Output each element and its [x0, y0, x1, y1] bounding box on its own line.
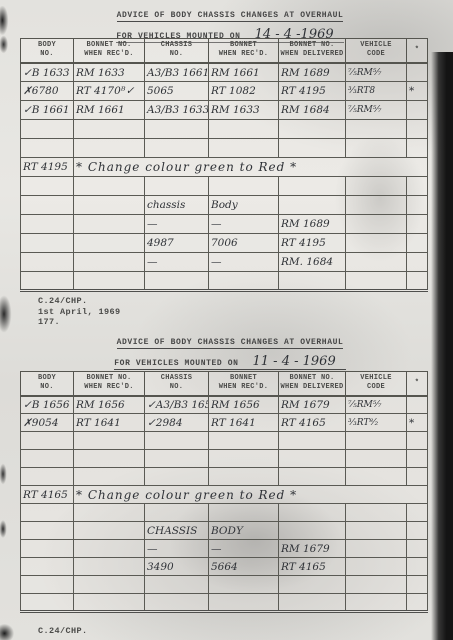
- table-cell: [21, 450, 74, 468]
- table-cell: chassis: [145, 196, 209, 215]
- column-header: BONNET WHEN REC'D.: [209, 372, 279, 396]
- column-header: BODY NO.: [21, 39, 74, 63]
- table-cell: 4987: [145, 234, 209, 253]
- table-row: [21, 432, 428, 450]
- table-row: [21, 504, 428, 522]
- table-cell: [21, 504, 74, 522]
- table-cell: Body: [209, 196, 279, 215]
- note-vehicle-cell: RT 4165: [21, 486, 74, 504]
- table-cell: —: [209, 540, 279, 558]
- table-cell: [346, 196, 407, 215]
- table-cell: [74, 450, 145, 468]
- column-header: CHASSIS NO.: [145, 39, 209, 63]
- table-cell: —: [209, 253, 279, 272]
- table-cell: [21, 234, 74, 253]
- table-row: ——RM 1689: [21, 215, 428, 234]
- table-cell: [145, 576, 209, 594]
- table-cell: [346, 576, 407, 594]
- table-cell: ³⁄₃RT8: [346, 82, 407, 101]
- table-cell: [407, 558, 428, 576]
- table-cell: [407, 396, 428, 414]
- table-cell: [21, 272, 74, 291]
- page-title: ADVICE OF BODY CHASSIS CHANGES AT OVERHA…: [117, 11, 344, 22]
- table-cell: [74, 594, 145, 612]
- column-header: BONNET NO. WHEN REC'D.: [74, 372, 145, 396]
- column-header: BONNET NO. WHEN DELIVERED: [279, 39, 346, 63]
- table-row: 34905664RT 4165: [21, 558, 428, 576]
- table-cell: [74, 558, 145, 576]
- table-cell: *: [407, 414, 428, 432]
- table-row: chassisBody: [21, 196, 428, 215]
- table-cell: ⁷⁄₅RM⁵⁄₇: [346, 396, 407, 414]
- table-cell: [407, 522, 428, 540]
- table-row: ✗9054RT 1641✓2984RT 1641RT 4165³⁄₃RT⁸⁄₂*: [21, 414, 428, 432]
- table-cell: 7006: [209, 234, 279, 253]
- table-cell: RT 1641: [74, 414, 145, 432]
- table-cell: [21, 253, 74, 272]
- table-cell: A3/B3 1633: [145, 101, 209, 120]
- footer-line: 177.: [38, 317, 121, 328]
- table-cell: RM 1689: [279, 215, 346, 234]
- table-cell: [209, 576, 279, 594]
- table-cell: RM 1679: [279, 396, 346, 414]
- table-cell: ✗6780: [21, 82, 74, 101]
- table-cell: [74, 522, 145, 540]
- table-cell: [407, 101, 428, 120]
- table-cell: [407, 540, 428, 558]
- table-row: ——RM. 1684: [21, 253, 428, 272]
- table-cell: [209, 450, 279, 468]
- table-cell: [279, 177, 346, 196]
- table-cell: [145, 177, 209, 196]
- table-row: RT 4195* Change colour green to Red *: [21, 158, 428, 177]
- document-1-footer: C.24/CHP. 1st April, 1969 177.: [38, 296, 121, 328]
- table-cell: [209, 594, 279, 612]
- table-cell: [346, 522, 407, 540]
- table-cell: RT 1641: [209, 414, 279, 432]
- table-cell: —: [209, 215, 279, 234]
- scan-smudge: [0, 618, 18, 640]
- table-cell: [346, 540, 407, 558]
- table-cell: [346, 432, 407, 450]
- scan-smudge: [0, 6, 12, 54]
- column-header: BODY NO.: [21, 372, 74, 396]
- table-row: [21, 272, 428, 291]
- table-row: ✓B 1656RM 1656✓A3/B3 1656RM 1656RM 1679⁷…: [21, 396, 428, 414]
- table-cell: 5664: [209, 558, 279, 576]
- table-row: [21, 468, 428, 486]
- table-cell: RM 1661: [74, 101, 145, 120]
- table-cell: A3/B3 1661: [145, 63, 209, 82]
- table-cell: [407, 468, 428, 486]
- table-cell: [21, 558, 74, 576]
- table-cell: RM 1656: [209, 396, 279, 414]
- table-row: [21, 594, 428, 612]
- table-row: [21, 177, 428, 196]
- table-cell: RT 4170ᴮ✓: [74, 82, 145, 101]
- table-row: CHASSISBODY: [21, 522, 428, 540]
- table-cell: [407, 450, 428, 468]
- table-cell: RM 1661: [209, 63, 279, 82]
- table-cell: [74, 120, 145, 139]
- table-cell: RT 4195: [279, 234, 346, 253]
- table-cell: ✗9054: [21, 414, 74, 432]
- column-header: *: [407, 39, 428, 63]
- table-cell: [407, 576, 428, 594]
- advice-table-1: BODY NO.BONNET NO. WHEN REC'D.CHASSIS NO…: [20, 38, 428, 292]
- table-cell: [145, 450, 209, 468]
- table-cell: [21, 196, 74, 215]
- column-header: BONNET NO. WHEN DELIVERED: [279, 372, 346, 396]
- table-cell: [21, 540, 74, 558]
- table-cell: *: [407, 82, 428, 101]
- table-cell: ✓2984: [145, 414, 209, 432]
- table-row: [21, 576, 428, 594]
- table-cell: [346, 504, 407, 522]
- table-cell: [21, 139, 74, 158]
- column-header: BONNET NO. WHEN REC'D.: [74, 39, 145, 63]
- table-cell: [21, 594, 74, 612]
- column-header: VEHICLE CODE: [346, 372, 407, 396]
- subtitle: FOR VEHICLES MOUNTED ON: [114, 359, 238, 370]
- table-cell: [407, 63, 428, 82]
- table-cell: CHASSIS: [145, 522, 209, 540]
- table-cell: [407, 120, 428, 139]
- table-cell: [346, 215, 407, 234]
- table-cell: [21, 468, 74, 486]
- table-cell: [74, 215, 145, 234]
- scanned-document-page: ADVICE OF BODY CHASSIS CHANGES AT OVERHA…: [0, 0, 453, 640]
- column-header: *: [407, 372, 428, 396]
- table-cell: RT 4165: [279, 414, 346, 432]
- column-header: VEHICLE CODE: [346, 39, 407, 63]
- table-cell: RM. 1684: [279, 253, 346, 272]
- table-cell: ✓B 1656: [21, 396, 74, 414]
- table-cell: [407, 432, 428, 450]
- table-cell: —: [145, 540, 209, 558]
- table-cell: [74, 432, 145, 450]
- table-cell: [346, 177, 407, 196]
- table-cell: [346, 253, 407, 272]
- table-cell: RM 1689: [279, 63, 346, 82]
- handwritten-date: 11 - 4 - 1969: [239, 354, 346, 370]
- table-cell: [74, 253, 145, 272]
- table-cell: 3490: [145, 558, 209, 576]
- table-cell: [209, 177, 279, 196]
- table-cell: [145, 504, 209, 522]
- footer-line: 1st April, 1969: [38, 307, 121, 318]
- table-cell: [209, 272, 279, 291]
- footer-line: C.24/CHP.: [38, 296, 121, 307]
- table-cell: [346, 468, 407, 486]
- table-cell: RT 1082: [209, 82, 279, 101]
- table-cell: [407, 504, 428, 522]
- table-cell: [407, 215, 428, 234]
- table-cell: [279, 432, 346, 450]
- colour-change-note: * Change colour green to Red *: [74, 486, 428, 504]
- table-cell: ⁷⁄₅RM⁵⁄₇: [346, 101, 407, 120]
- table-cell: [279, 576, 346, 594]
- table-cell: [346, 272, 407, 291]
- table-cell: [74, 177, 145, 196]
- advice-table-2: BODY NO.BONNET NO. WHEN REC'D.CHASSIS NO…: [20, 371, 428, 613]
- table-row: ✓B 1661RM 1661A3/B3 1633RM 1633RM 1684⁷⁄…: [21, 101, 428, 120]
- table-cell: ✓A3/B3 1656: [145, 396, 209, 414]
- table-cell: [21, 120, 74, 139]
- table-cell: RM 1633: [74, 63, 145, 82]
- table-cell: 5065: [145, 82, 209, 101]
- colour-change-note: * Change colour green to Red *: [74, 158, 428, 177]
- table-cell: [145, 468, 209, 486]
- table-cell: —: [145, 253, 209, 272]
- table-cell: [346, 558, 407, 576]
- table-row: [21, 450, 428, 468]
- table-cell: [279, 504, 346, 522]
- table-cell: [279, 139, 346, 158]
- table-cell: [74, 196, 145, 215]
- table-cell: [279, 468, 346, 486]
- document-2-footer: C.24/CHP.: [38, 626, 88, 637]
- table-cell: [74, 540, 145, 558]
- table-cell: [279, 120, 346, 139]
- table-cell: [279, 272, 346, 291]
- table-cell: [145, 120, 209, 139]
- scan-edge-shadow: [431, 52, 453, 640]
- table-cell: [346, 594, 407, 612]
- table-row: 49877006RT 4195: [21, 234, 428, 253]
- table-cell: RM 1656: [74, 396, 145, 414]
- table-cell: [407, 253, 428, 272]
- table-cell: BODY: [209, 522, 279, 540]
- table-cell: [74, 504, 145, 522]
- table-cell: [74, 576, 145, 594]
- column-header: BONNET WHEN REC'D.: [209, 39, 279, 63]
- table-cell: RT 4165: [279, 558, 346, 576]
- table-cell: [145, 432, 209, 450]
- table-cell: ✓B 1661: [21, 101, 74, 120]
- table-cell: [74, 272, 145, 291]
- table-cell: [21, 215, 74, 234]
- table-cell: [145, 272, 209, 291]
- column-header: CHASSIS NO.: [145, 372, 209, 396]
- table-cell: [407, 594, 428, 612]
- table-cell: [209, 432, 279, 450]
- table-cell: [407, 177, 428, 196]
- table-cell: [209, 139, 279, 158]
- table-cell: RT 4195: [279, 82, 346, 101]
- table-row: [21, 120, 428, 139]
- table-cell: [209, 120, 279, 139]
- table-cell: [346, 139, 407, 158]
- table-cell: [346, 120, 407, 139]
- document-2-header: ADVICE OF BODY CHASSIS CHANGES AT OVERHA…: [60, 331, 400, 370]
- table-cell: [407, 196, 428, 215]
- table-cell: [346, 234, 407, 253]
- table-cell: —: [145, 215, 209, 234]
- table-row: RT 4165* Change colour green to Red *: [21, 486, 428, 504]
- table-cell: [279, 594, 346, 612]
- table-cell: [21, 522, 74, 540]
- table-cell: ³⁄₃RT⁸⁄₂: [346, 414, 407, 432]
- table-cell: RM 1633: [209, 101, 279, 120]
- table-cell: [407, 139, 428, 158]
- table-cell: [21, 177, 74, 196]
- table-cell: [145, 594, 209, 612]
- table-cell: [74, 234, 145, 253]
- table-row: [21, 139, 428, 158]
- table-row: ✓B 1633RM 1633A3/B3 1661RM 1661RM 1689⁷⁄…: [21, 63, 428, 82]
- table-cell: [21, 576, 74, 594]
- table-cell: [21, 432, 74, 450]
- table-row: ✗6780RT 4170ᴮ✓5065RT 1082RT 4195³⁄₃RT8*: [21, 82, 428, 101]
- scan-smudge: [0, 290, 16, 350]
- page-title: ADVICE OF BODY CHASSIS CHANGES AT OVERHA…: [117, 338, 344, 349]
- table-cell: [74, 139, 145, 158]
- table-cell: [407, 234, 428, 253]
- table-cell: RM 1684: [279, 101, 346, 120]
- note-vehicle-cell: RT 4195: [21, 158, 74, 177]
- table-row: ——RM 1679: [21, 540, 428, 558]
- table-cell: ✓B 1633: [21, 63, 74, 82]
- table-cell: [407, 272, 428, 291]
- table-cell: ⁷⁄₅RM⁵⁄₇: [346, 63, 407, 82]
- table-cell: [279, 450, 346, 468]
- table-cell: [74, 468, 145, 486]
- table-cell: [346, 450, 407, 468]
- scan-smudge: [0, 452, 10, 562]
- table-cell: [209, 468, 279, 486]
- table-cell: [279, 522, 346, 540]
- table-cell: RM 1679: [279, 540, 346, 558]
- table-cell: [209, 504, 279, 522]
- table-cell: [145, 139, 209, 158]
- table-cell: [279, 196, 346, 215]
- footer-line: C.24/CHP.: [38, 626, 88, 637]
